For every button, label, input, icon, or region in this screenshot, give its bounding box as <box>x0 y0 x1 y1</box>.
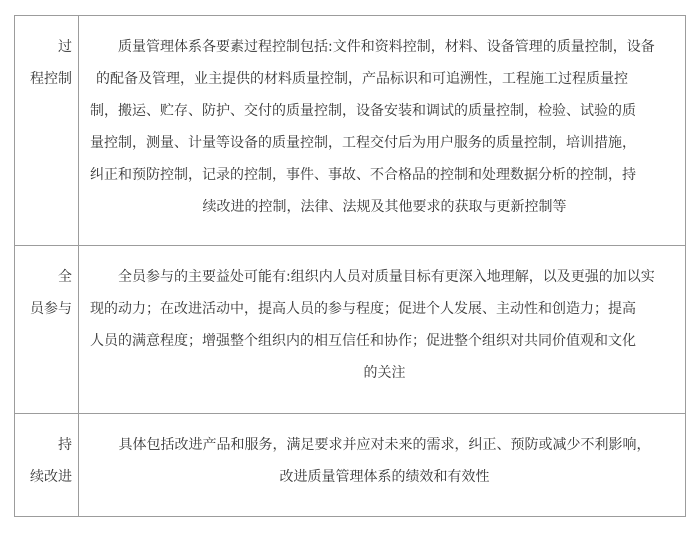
table-row-full-participation: 全 员参与 全员参与的主要益处可能有:组织内人员对质量目标有更深入地理解，以及更… <box>15 246 686 414</box>
content-line: 纠正和预防控制，记录的控制，事件、事故、不合格品的控制和处理数据分析的控制，持 <box>90 159 679 191</box>
row-label-cell: 持 续改进 <box>15 414 79 517</box>
row-label-line: 持 <box>15 429 72 461</box>
row-content-cell: 质量管理体系各要素过程控制包括:文件和资料控制，材料、设备管理的质量控制，设备 … <box>79 16 686 246</box>
row-label-line: 员参与 <box>15 293 72 325</box>
content-line: 续改进的控制，法律、法规及其他要求的获取与更新控制等 <box>90 191 679 223</box>
row-label-line: 续改进 <box>15 461 72 493</box>
row-label-line: 过 <box>15 31 72 63</box>
content-line: 具体包括改进产品和服务，满足要求并应对未来的需求，纠正、预防或减少不利影响， <box>90 429 679 461</box>
row-content-cell: 全员参与的主要益处可能有:组织内人员对质量目标有更深入地理解，以及更强的加以实 … <box>79 246 686 414</box>
content-line: 的关注 <box>90 357 679 389</box>
row-label-line: 全 <box>15 261 72 293</box>
row-label-cell: 过 程控制 <box>15 16 79 246</box>
content-line: 的配备及管理，业主提供的材料质量控制，产品标识和可追溯性，工程施工过程质量控 <box>90 63 679 95</box>
content-line: 改进质量管理体系的绩效和有效性 <box>90 461 679 493</box>
content-line: 量控制，测量、计量等设备的质量控制，工程交付后为用户服务的质量控制，培训措施， <box>90 127 679 159</box>
row-label-line: 程控制 <box>15 63 72 95</box>
content-line: 人员的满意程度；增强整个组织内的相互信任和协作；促进整个组织对共同价值观和文化 <box>90 325 679 357</box>
row-label-cell: 全 员参与 <box>15 246 79 414</box>
content-line: 全员参与的主要益处可能有:组织内人员对质量目标有更深入地理解，以及更强的加以实 <box>90 261 679 293</box>
content-line: 质量管理体系各要素过程控制包括:文件和资料控制，材料、设备管理的质量控制，设备 <box>90 31 679 63</box>
content-line: 制，搬运、贮存、防护、交付的质量控制，设备安装和调试的质量控制，检验、试验的质 <box>90 95 679 127</box>
table-row-process-control: 过 程控制 质量管理体系各要素过程控制包括:文件和资料控制，材料、设备管理的质量… <box>15 16 686 246</box>
principles-table: 过 程控制 质量管理体系各要素过程控制包括:文件和资料控制，材料、设备管理的质量… <box>14 15 686 517</box>
row-content-cell: 具体包括改进产品和服务，满足要求并应对未来的需求，纠正、预防或减少不利影响， 改… <box>79 414 686 517</box>
content-line: 现的动力；在改进活动中，提高人员的参与程度；促进个人发展、主动性和创造力；提高 <box>90 293 679 325</box>
table-row-continuous-improvement: 持 续改进 具体包括改进产品和服务，满足要求并应对未来的需求，纠正、预防或减少不… <box>15 414 686 517</box>
